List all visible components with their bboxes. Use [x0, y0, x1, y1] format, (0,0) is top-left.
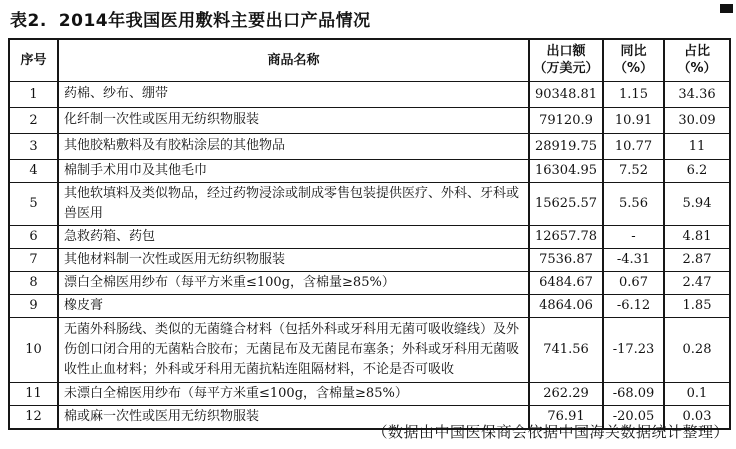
- row-no: 12: [9, 405, 58, 429]
- share-value: 5.94: [664, 182, 730, 225]
- column-header-product-name: 商品名称: [58, 39, 529, 81]
- table-row: 6 急救药箱、药包 12657.78 - 4.81: [9, 225, 730, 248]
- table-header-row: 序号 商品名称 出口额 （万美元） 同比 （%） 占比 （%）: [9, 39, 730, 81]
- data-source-note: （数据由中国医保商会依据中国海关数据统计整理）: [372, 421, 729, 442]
- yoy-value: 0.67: [603, 271, 664, 294]
- share-value: 1.85: [664, 294, 730, 317]
- scan-artifact-mark: [720, 4, 733, 13]
- export-value: 741.56: [529, 317, 603, 382]
- share-value: 2.47: [664, 271, 730, 294]
- table-row: 11 未漂白全棉医用纱布（每平方米重≤100g，含棉量≥85%） 262.29 …: [9, 382, 730, 405]
- export-value: 6484.67: [529, 271, 603, 294]
- export-value: 79120.9: [529, 107, 603, 133]
- row-no: 3: [9, 133, 58, 159]
- row-no: 4: [9, 159, 58, 182]
- yoy-value: 5.56: [603, 182, 664, 225]
- export-value: 262.29: [529, 382, 603, 405]
- export-products-table: 序号 商品名称 出口额 （万美元） 同比 （%） 占比 （%） 1 药棉、纱布、…: [8, 38, 731, 430]
- yoy-value: 10.77: [603, 133, 664, 159]
- export-value: 7536.87: [529, 248, 603, 271]
- yoy-value: 1.15: [603, 81, 664, 107]
- share-value: 0.28: [664, 317, 730, 382]
- product-name: 药棉、纱布、绷带: [58, 81, 529, 107]
- table-row: 5 其他软填料及类似物品，经过药物浸涂或制成零售包装提供医疗、外科、牙科或兽医用…: [9, 182, 730, 225]
- row-no: 9: [9, 294, 58, 317]
- product-name: 橡皮膏: [58, 294, 529, 317]
- share-value: 30.09: [664, 107, 730, 133]
- row-no: 5: [9, 182, 58, 225]
- yoy-value: -4.31: [603, 248, 664, 271]
- row-no: 6: [9, 225, 58, 248]
- product-name: 其他软填料及类似物品，经过药物浸涂或制成零售包装提供医疗、外科、牙科或兽医用: [58, 182, 529, 225]
- product-name: 棉制手术用巾及其他毛巾: [58, 159, 529, 182]
- export-value: 16304.95: [529, 159, 603, 182]
- product-name: 无菌外科肠线、类似的无菌缝合材料（包括外科或牙科用无菌可吸收缝线）及外伤创口闭合…: [58, 317, 529, 382]
- export-value: 12657.78: [529, 225, 603, 248]
- yoy-value: 7.52: [603, 159, 664, 182]
- export-value: 4864.06: [529, 294, 603, 317]
- product-name: 化纤制一次性或医用无纺织物服装: [58, 107, 529, 133]
- table-row: 1 药棉、纱布、绷带 90348.81 1.15 34.36: [9, 81, 730, 107]
- row-no: 8: [9, 271, 58, 294]
- table-row: 8 漂白全棉医用纱布（每平方米重≤100g，含棉量≥85%） 6484.67 0…: [9, 271, 730, 294]
- row-no: 11: [9, 382, 58, 405]
- yoy-value: 10.91: [603, 107, 664, 133]
- product-name: 其他胶粘敷料及有胶粘涂层的其他物品: [58, 133, 529, 159]
- row-no: 10: [9, 317, 58, 382]
- product-name: 其他材料制一次性或医用无纺织物服装: [58, 248, 529, 271]
- share-value: 0.1: [664, 382, 730, 405]
- share-value: 4.81: [664, 225, 730, 248]
- table-row: 3 其他胶粘敷料及有胶粘涂层的其他物品 28919.75 10.77 11: [9, 133, 730, 159]
- table-title-text: 2014年我国医用敷料主要出口产品情况: [59, 11, 371, 31]
- table-row: 2 化纤制一次性或医用无纺织物服装 79120.9 10.91 30.09: [9, 107, 730, 133]
- column-header-export-value: 出口额 （万美元）: [529, 39, 603, 81]
- table-row: 4 棉制手术用巾及其他毛巾 16304.95 7.52 6.2: [9, 159, 730, 182]
- yoy-value: -68.09: [603, 382, 664, 405]
- column-header-yoy: 同比 （%）: [603, 39, 664, 81]
- share-value: 34.36: [664, 81, 730, 107]
- share-value: 11: [664, 133, 730, 159]
- row-no: 1: [9, 81, 58, 107]
- table-row: 10 无菌外科肠线、类似的无菌缝合材料（包括外科或牙科用无菌可吸收缝线）及外伤创…: [9, 317, 730, 382]
- export-value: 15625.57: [529, 182, 603, 225]
- product-name: 漂白全棉医用纱布（每平方米重≤100g，含棉量≥85%）: [58, 271, 529, 294]
- row-no: 7: [9, 248, 58, 271]
- table-row: 9 橡皮膏 4864.06 -6.12 1.85: [9, 294, 730, 317]
- row-no: 2: [9, 107, 58, 133]
- product-name: 未漂白全棉医用纱布（每平方米重≤100g，含棉量≥85%）: [58, 382, 529, 405]
- table-title: 表2.2014年我国医用敷料主要出口产品情况: [10, 6, 371, 31]
- share-value: 2.87: [664, 248, 730, 271]
- table-row: 7 其他材料制一次性或医用无纺织物服装 7536.87 -4.31 2.87: [9, 248, 730, 271]
- yoy-value: -: [603, 225, 664, 248]
- export-value: 90348.81: [529, 81, 603, 107]
- yoy-value: -6.12: [603, 294, 664, 317]
- share-value: 6.2: [664, 159, 730, 182]
- export-value: 28919.75: [529, 133, 603, 159]
- column-header-no: 序号: [9, 39, 58, 81]
- column-header-share: 占比 （%）: [664, 39, 730, 81]
- yoy-value: -17.23: [603, 317, 664, 382]
- product-name: 急救药箱、药包: [58, 225, 529, 248]
- table-number-label: 表2.: [10, 11, 47, 31]
